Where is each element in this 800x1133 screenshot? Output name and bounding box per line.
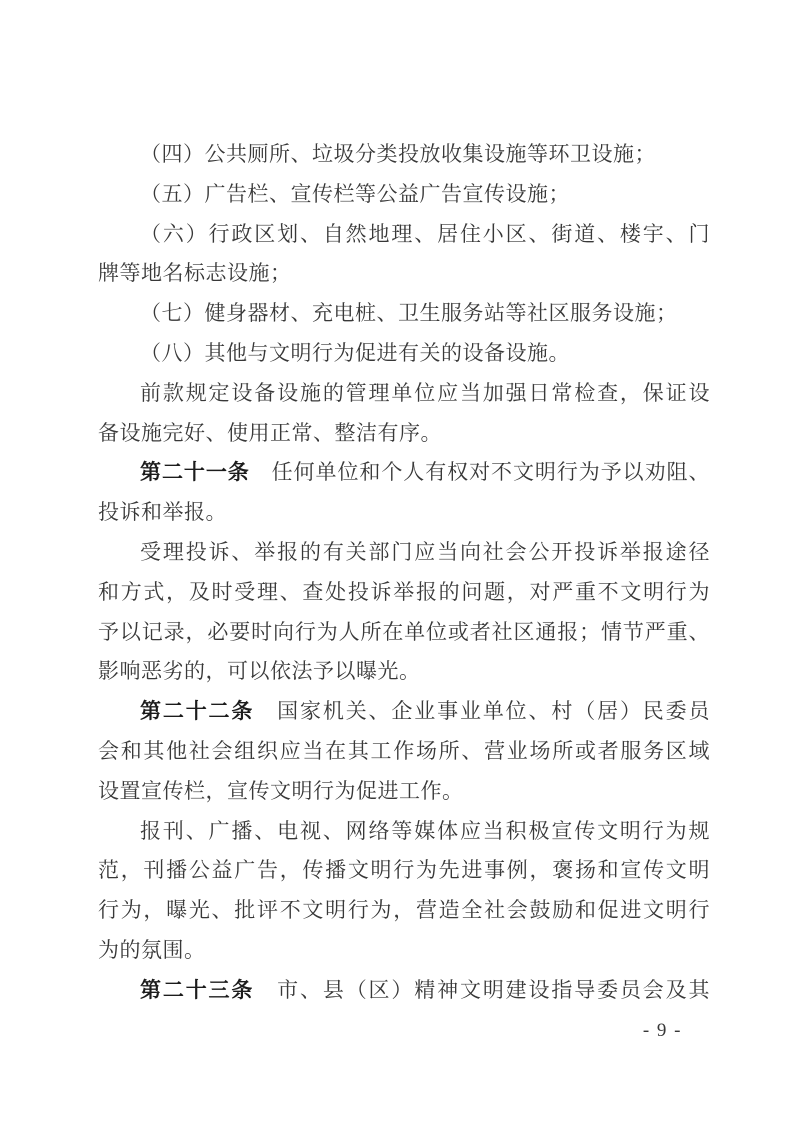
article-number-label: 第二十三条 — [140, 978, 254, 1002]
line-text: 投诉和举报。 — [98, 500, 227, 524]
document-page: （四）公共厕所、垃圾分类投放收集设施等环卫设施； （五）广告栏、宣传栏等公益广告… — [98, 135, 710, 1011]
text-line: 受理投诉、举报的有关部门应当向社会公开投诉举报途径 — [98, 533, 710, 573]
line-text: 行为，曝光、批评不文明行为，营造全社会鼓励和促进文明行 — [98, 898, 710, 922]
line-text: （五）广告栏、宣传栏等公益广告宣传设施； — [140, 182, 570, 206]
text-line: 报刊、广播、电视、网络等媒体应当积极宣传文明行为规 — [98, 812, 710, 852]
text-line: （四）公共厕所、垃圾分类投放收集设施等环卫设施； — [98, 135, 710, 175]
line-text: 前款规定设备设施的管理单位应当加强日常检查，保证设 — [140, 381, 710, 405]
line-text: 市、县（区）精神文明建设指导委员会及其 — [254, 978, 710, 1002]
article-line: 第二十三条 市、县（区）精神文明建设指导委员会及其 — [98, 971, 710, 1011]
line-text: 和方式，及时受理、查处投诉举报的问题，对严重不文明行为 — [98, 580, 710, 604]
text-line: （六）行政区划、自然地理、居住小区、街道、楼宇、门 — [98, 215, 710, 255]
text-line: 投诉和举报。 — [98, 493, 710, 533]
text-line: 影响恶劣的，可以依法予以曝光。 — [98, 652, 710, 692]
text-line: 牌等地名标志设施； — [98, 254, 710, 294]
line-text: 影响恶劣的，可以依法予以曝光。 — [98, 659, 421, 683]
text-line: 行为，曝光、批评不文明行为，营造全社会鼓励和促进文明行 — [98, 891, 710, 931]
text-line: （八）其他与文明行为促进有关的设备设施。 — [98, 334, 710, 374]
article-number-label: 第二十一条 — [140, 460, 250, 484]
text-line: 和方式，及时受理、查处投诉举报的问题，对严重不文明行为 — [98, 573, 710, 613]
text-line: （七）健身器材、充电桩、卫生服务站等社区服务设施； — [98, 294, 710, 334]
text-line: 会和其他社会组织应当在其工作场所、营业场所或者服务区域 — [98, 732, 710, 772]
line-text: （四）公共厕所、垃圾分类投放收集设施等环卫设施； — [140, 142, 656, 166]
text-line: 备设施完好、使用正常、整洁有序。 — [98, 414, 710, 454]
line-text: 会和其他社会组织应当在其工作场所、营业场所或者服务区域 — [98, 739, 710, 763]
article-line: 第二十二条 国家机关、企业事业单位、村（居）民委员 — [98, 692, 710, 732]
text-line: 设置宣传栏，宣传文明行为促进工作。 — [98, 772, 710, 812]
line-text: 为的氛围。 — [98, 938, 206, 962]
article-line: 第二十一条 任何单位和个人有权对不文明行为予以劝阻、 — [98, 453, 710, 493]
line-text: 范，刊播公益广告，传播文明行为先进事例，褒扬和宣传文明 — [98, 858, 710, 882]
line-text: （七）健身器材、充电桩、卫生服务站等社区服务设施； — [140, 301, 678, 325]
line-text: （六）行政区划、自然地理、居住小区、街道、楼宇、门 — [140, 222, 710, 246]
article-number-label: 第二十二条 — [140, 699, 254, 723]
line-text: 国家机关、企业事业单位、村（居）民委员 — [254, 699, 710, 723]
text-line: 范，刊播公益广告，传播文明行为先进事例，褒扬和宣传文明 — [98, 851, 710, 891]
text-line: （五）广告栏、宣传栏等公益广告宣传设施； — [98, 175, 710, 215]
text-line: 为的氛围。 — [98, 931, 710, 971]
line-text: 牌等地名标志设施； — [98, 261, 292, 285]
line-text: 予以记录，必要时向行为人所在单位或者社区通报；情节严重、 — [98, 620, 710, 644]
line-text: 设置宣传栏，宣传文明行为促进工作。 — [98, 779, 464, 803]
line-text: 受理投诉、举报的有关部门应当向社会公开投诉举报途径 — [140, 540, 710, 564]
line-text: （八）其他与文明行为促进有关的设备设施。 — [140, 341, 570, 365]
line-text: 备设施完好、使用正常、整洁有序。 — [98, 421, 442, 445]
line-text: 报刊、广播、电视、网络等媒体应当积极宣传文明行为规 — [140, 819, 710, 843]
line-text: 任何单位和个人有权对不文明行为予以劝阻、 — [250, 460, 710, 484]
text-line: 前款规定设备设施的管理单位应当加强日常检查，保证设 — [98, 374, 710, 414]
page-number: - 9 - — [643, 1020, 682, 1042]
text-line: 予以记录，必要时向行为人所在单位或者社区通报；情节严重、 — [98, 613, 710, 653]
